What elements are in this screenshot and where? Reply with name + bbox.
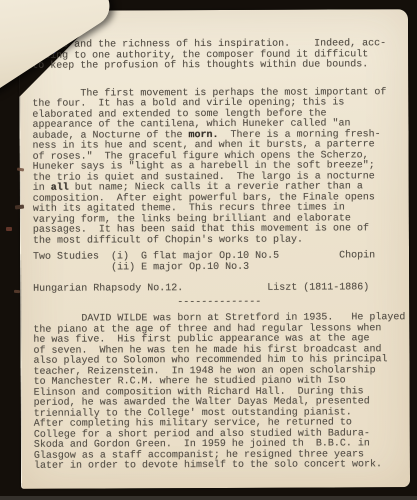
text-line: the most difficult of Chopin's works to … [33, 235, 399, 247]
programme-studies-listing: Two Studies (i) G flat major Op.10 No.5 … [33, 251, 399, 274]
photo-backdrop: genius and the richness of his inspirati… [0, 0, 417, 500]
divider-dashes: -------------- [33, 297, 399, 309]
binding-stitch-mark [6, 227, 12, 231]
photo-edge [0, 496, 417, 500]
paragraph-intro: genius and the richness of his inspirati… [32, 39, 398, 72]
typewritten-text-column: genius and the richness of his inspirati… [32, 39, 400, 472]
programme-rhapsody-listing: Hungarian Rhapsody No.12. Liszt (1811-18… [33, 283, 399, 295]
text-line: to keep the profusion of his thoughts wi… [32, 60, 398, 72]
binding-stitch-mark [14, 290, 20, 294]
text-line: (ii) E major Op.10 No.3 [33, 262, 399, 274]
paragraph-biography: DAVID WILDE was born at Stretford in 193… [33, 313, 400, 472]
text-line: later in order to devote himself to the … [34, 460, 400, 472]
binding-stitch-mark [17, 168, 24, 172]
text-line: Hungarian Rhapsody No.12. Liszt (1811-18… [33, 283, 399, 295]
programme-page: genius and the richness of his inspirati… [19, 9, 410, 489]
paragraph-movement-notes: The first movement is perhaps the most i… [32, 88, 399, 247]
